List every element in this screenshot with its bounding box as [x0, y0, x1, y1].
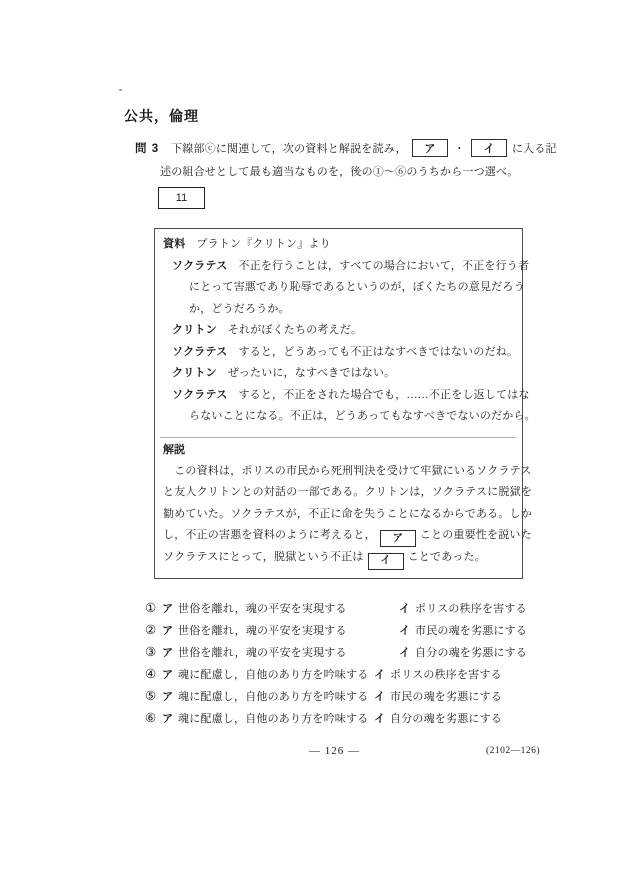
option-number: ④ — [145, 663, 162, 685]
page-number: — 126 — — [309, 745, 360, 757]
explanation-line: し，不正の害悪を資料のように考えると，アことの重要性を説いた — [160, 525, 516, 547]
option-number: ⑥ — [145, 707, 162, 729]
dialogue-line: ソクラテスすると，不正をされた場合でも，……不正をし返してはな — [160, 385, 516, 407]
explanation-text: ことの重要性を説いた — [420, 529, 532, 541]
option-a-label: ア — [162, 642, 173, 664]
explanation-text: し，不正の害悪を資料のように考えると， — [163, 529, 376, 541]
dialogue-line: らないことになる。不正は，どうあってもなすべきでないのだから。 — [160, 406, 516, 428]
option-a-label: ア — [162, 598, 173, 620]
option-i-text: 自分の魂を劣悪にする — [415, 642, 527, 664]
option-a-text: 世俗を離れ，魂の平安を実現する — [178, 598, 399, 620]
option-a-label: ア — [162, 664, 173, 686]
exam-page: 公共，倫理 問 3 下線部ⓒに関連して，次の資料と解説を読み， ア ・ イ に入… — [0, 0, 620, 876]
material-label: 資料 — [163, 238, 185, 250]
material-source: プラトン『クリトン』より — [196, 238, 330, 250]
dialogue-text: 不正を行うことは，すべての場合において，不正を行う者 — [238, 260, 529, 272]
speaker-name: ソクラテス — [172, 389, 227, 401]
page-title: 公共，倫理 — [124, 106, 199, 126]
option-number: ⑤ — [145, 685, 162, 707]
dialogue-line: か，どうだろうか。 — [160, 299, 516, 321]
option-i-text: 市民の魂を劣悪にする — [415, 620, 527, 642]
option-a-text: 世俗を離れ，魂の平安を実現する — [178, 642, 399, 664]
option-i-label: イ — [374, 708, 385, 730]
blank-separator: ・ — [454, 140, 465, 156]
print-code: (2102—126) — [486, 746, 540, 756]
question-number-label: 問 3 — [135, 140, 159, 156]
question-text-after: に入る記 — [512, 140, 557, 156]
dialogue-line: ソクラテス不正を行うことは，すべての場合において，不正を行う者 — [160, 256, 516, 278]
section-divider — [160, 437, 516, 438]
option-a-text: 魂に配慮し，自他のあり方を吟味する — [178, 686, 374, 708]
dialogue-text: すると，どうあっても不正はなすべきではないのだね。 — [238, 346, 518, 358]
option-i-text: ポリスの秩序を害する — [415, 598, 527, 620]
inline-blank-i: イ — [368, 553, 404, 570]
option-a-text: 魂に配慮し，自他のあり方を吟味する — [178, 708, 374, 730]
explanation-line: ソクラテスにとって，脱獄という不正はイことであった。 — [160, 547, 516, 569]
option-number: ② — [145, 619, 162, 641]
material-header: 資料プラトン『クリトン』より — [160, 234, 516, 256]
option-i-text: ポリスの秩序を害する — [390, 664, 502, 686]
option-number: ① — [145, 597, 162, 619]
explanation-line: と友人クリトンとの対話の一部である。クリトンは，ソクラテスに脱獄を — [160, 482, 516, 504]
option-i-label: イ — [374, 686, 385, 708]
explanation-label: 解説 — [160, 440, 516, 461]
option-a-label: ア — [162, 708, 173, 730]
options-list: ① ア 世俗を離れ，魂の平安を実現する イ ポリスの秩序を害する ② ア 世俗を… — [145, 597, 585, 729]
question-line-2: 述の組合せとして最も適当なものを，後の①～⑥のうちから一つ選べ。 — [135, 163, 555, 179]
explanation-text: ソクラテスにとって，脱獄という不正は — [163, 551, 364, 563]
option-row-2: ② ア 世俗を離れ，魂の平安を実現する イ 市民の魂を劣悪にする — [145, 619, 585, 641]
option-a-label: ア — [162, 686, 173, 708]
material-frame: 資料プラトン『クリトン』より ソクラテス不正を行うことは，すべての場合において，… — [154, 228, 523, 579]
question-text-before: 下線部ⓒに関連して，次の資料と解説を読み， — [171, 140, 407, 156]
option-row-5: ⑤ ア 魂に配慮し，自他のあり方を吟味する イ 市民の魂を劣悪にする — [145, 685, 585, 707]
speaker-name: クリトン — [172, 367, 217, 379]
inline-blank-a: ア — [380, 530, 416, 547]
dialogue-line: ソクラテスすると，どうあっても不正はなすべきではないのだね。 — [160, 342, 516, 364]
speaker-name: ソクラテス — [172, 260, 227, 272]
option-row-4: ④ ア 魂に配慮し，自他のあり方を吟味する イ ポリスの秩序を害する — [145, 663, 585, 685]
option-row-3: ③ ア 世俗を離れ，魂の平安を実現する イ 自分の魂を劣悪にする — [145, 641, 585, 663]
blank-box-i: イ — [471, 139, 507, 157]
speaker-name: クリトン — [172, 324, 217, 336]
explanation-line: 勧めていた。ソクラテスが，不正に命を失うことになるからである。しか — [160, 504, 516, 526]
option-row-1: ① ア 世俗を離れ，魂の平安を実現する イ ポリスの秩序を害する — [145, 597, 585, 619]
dialogue-line: にとって害悪であり恥辱であるというのが，ぼくたちの意見だろう — [160, 277, 516, 299]
dialogue-line: クリトンぜったいに，なすべきではない。 — [160, 363, 516, 385]
dialogue-text: ぜったいに，なすべきではない。 — [228, 367, 396, 379]
option-i-label: イ — [399, 642, 410, 664]
question-line-1: 問 3 下線部ⓒに関連して，次の資料と解説を読み， ア ・ イ に入る記 — [135, 138, 555, 158]
explanation-line: この資料は，ポリスの市民から死刑判決を受けて牢獄にいるソクラテス — [160, 461, 516, 483]
blank-box-a: ア — [412, 139, 448, 157]
option-i-text: 自分の魂を劣悪にする — [390, 708, 502, 730]
option-a-text: 世俗を離れ，魂の平安を実現する — [178, 620, 399, 642]
dialogue-text: すると，不正をされた場合でも，……不正をし返してはな — [238, 389, 529, 401]
answer-number-box: 11 — [158, 187, 205, 209]
explanation-text: ことであった。 — [408, 551, 486, 563]
question-block: 問 3 下線部ⓒに関連して，次の資料と解説を読み， ア ・ イ に入る記 述の組… — [135, 138, 555, 209]
speaker-name: ソクラテス — [172, 346, 227, 358]
option-i-label: イ — [399, 620, 410, 642]
option-i-label: イ — [399, 598, 410, 620]
dialogue-text: それがぼくたちの考えだ。 — [228, 324, 362, 336]
option-a-label: ア — [162, 620, 173, 642]
dialogue-line: クリトンそれがぼくたちの考えだ。 — [160, 320, 516, 342]
option-a-text: 魂に配慮し，自他のあり方を吟味する — [178, 664, 374, 686]
scan-speck — [119, 89, 122, 91]
option-row-6: ⑥ ア 魂に配慮し，自他のあり方を吟味する イ 自分の魂を劣悪にする — [145, 707, 585, 729]
option-number: ③ — [145, 641, 162, 663]
option-i-label: イ — [374, 664, 385, 686]
option-i-text: 市民の魂を劣悪にする — [390, 686, 502, 708]
